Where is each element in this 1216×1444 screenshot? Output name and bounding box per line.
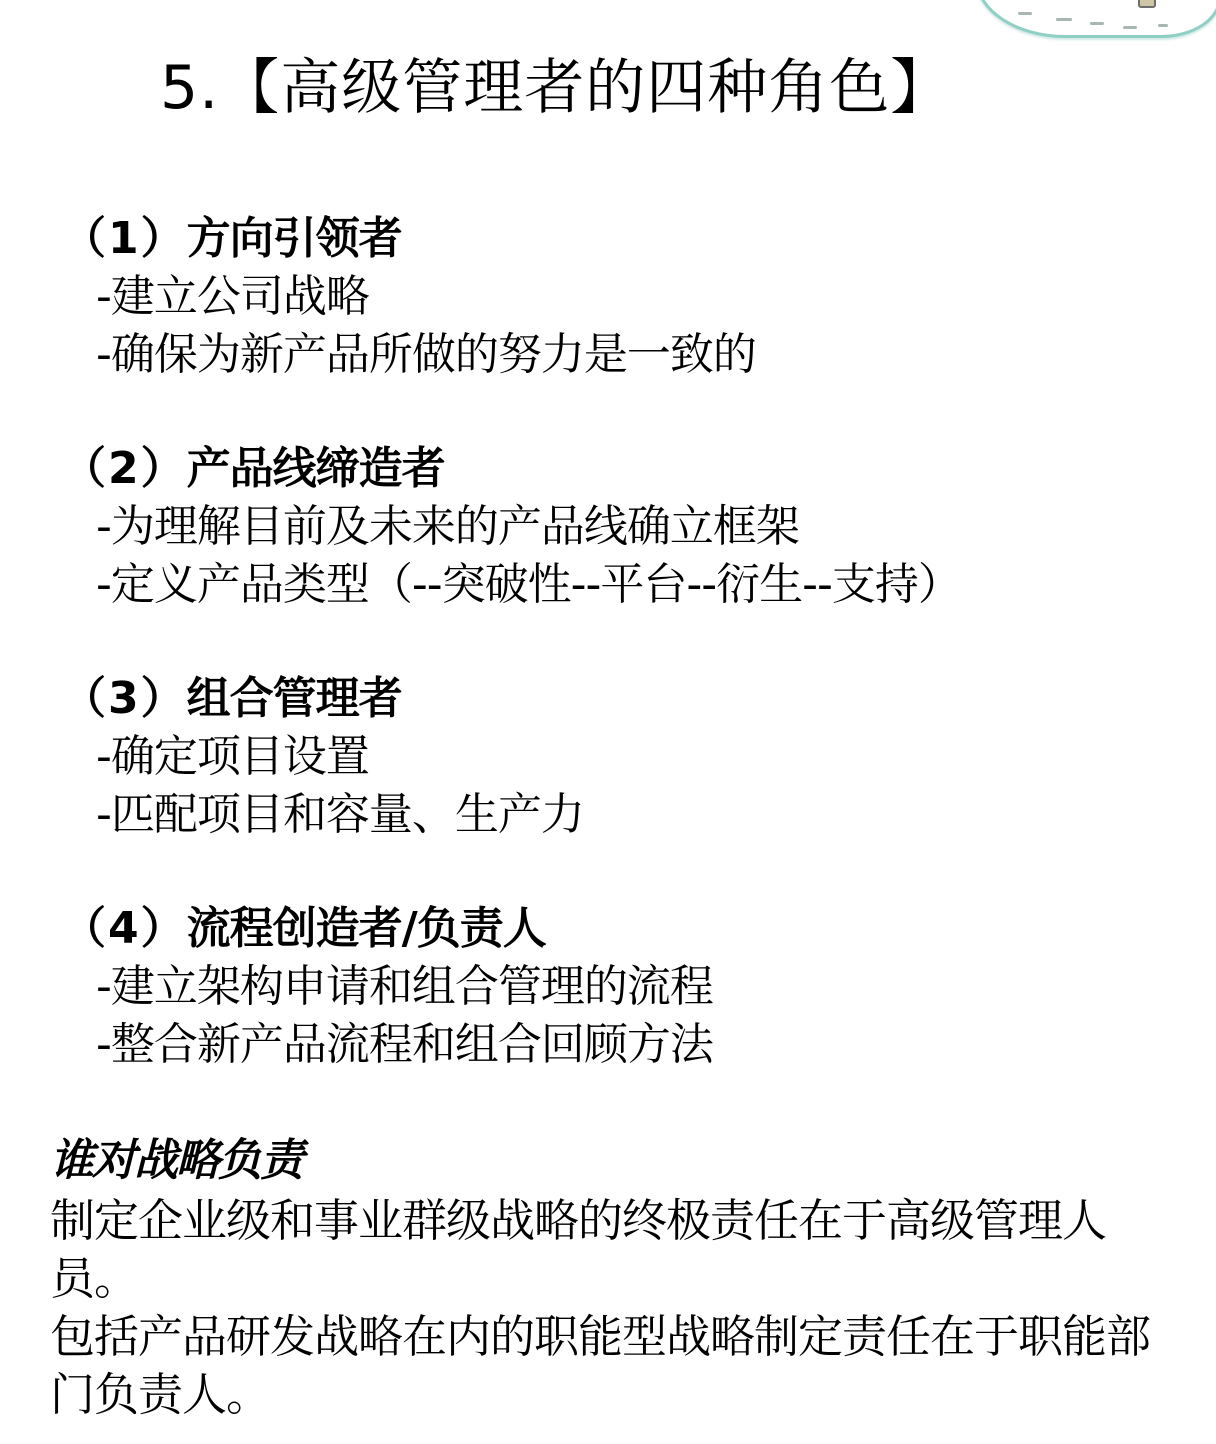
role-item: -匹配项目和容量、生产力 bbox=[62, 786, 584, 844]
decorative-dash bbox=[1123, 26, 1137, 29]
role-number: （3） bbox=[62, 673, 187, 724]
role-title: 组合管理者 bbox=[187, 673, 402, 724]
page-title: 5.【高级管理者的四种角色】 bbox=[160, 52, 951, 124]
role-item: -建立公司战略 bbox=[62, 268, 756, 326]
role-title: 流程创造者/负责人 bbox=[187, 903, 546, 954]
role-item: -建立架构申请和组合管理的流程 bbox=[62, 958, 713, 1016]
role-heading: （3）组合管理者 bbox=[62, 670, 584, 728]
decorative-dash bbox=[1158, 24, 1168, 27]
role-heading: （2）产品线缔造者 bbox=[62, 440, 961, 498]
role-number: （1） bbox=[62, 213, 187, 264]
responsibility-section: 谁对战略负责 制定企业级和事业群级战略的终极责任在于高级管理人员。 包括产品研发… bbox=[50, 1130, 1180, 1424]
role-section-2: （2）产品线缔造者 -为理解目前及未来的产品线确立框架 -定义产品类型（--突破… bbox=[62, 440, 961, 614]
role-item: -确定项目设置 bbox=[62, 728, 584, 786]
role-section-4: （4）流程创造者/负责人 -建立架构申请和组合管理的流程 -整合新产品流程和组合… bbox=[62, 900, 713, 1074]
role-item: -整合新产品流程和组合回顾方法 bbox=[62, 1016, 713, 1074]
decorative-knob bbox=[1138, 0, 1156, 8]
role-title: 产品线缔造者 bbox=[187, 443, 445, 494]
responsibility-heading: 谁对战略负责 bbox=[50, 1130, 1180, 1192]
role-title: 方向引领者 bbox=[187, 213, 402, 264]
role-item: -为理解目前及未来的产品线确立框架 bbox=[62, 498, 961, 556]
role-heading: （1）方向引领者 bbox=[62, 210, 756, 268]
role-item: -确保为新产品所做的努力是一致的 bbox=[62, 326, 756, 384]
role-section-1: （1）方向引领者 -建立公司战略 -确保为新产品所做的努力是一致的 bbox=[62, 210, 756, 384]
responsibility-paragraph: 制定企业级和事业群级战略的终极责任在于高级管理人员。 bbox=[50, 1192, 1180, 1308]
role-item: -定义产品类型（--突破性--平台--衍生--支持） bbox=[62, 556, 961, 614]
role-heading: （4）流程创造者/负责人 bbox=[62, 900, 713, 958]
role-section-3: （3）组合管理者 -确定项目设置 -匹配项目和容量、生产力 bbox=[62, 670, 584, 844]
decorative-cartoon-frame bbox=[975, 0, 1216, 38]
decorative-dash bbox=[1018, 12, 1032, 15]
role-number: （2） bbox=[62, 443, 187, 494]
decorative-dash bbox=[1056, 18, 1072, 21]
role-number: （4） bbox=[62, 903, 187, 954]
decorative-dash bbox=[1090, 22, 1104, 25]
responsibility-paragraph: 包括产品研发战略在内的职能型战略制定责任在于职能部门负责人。 bbox=[50, 1308, 1180, 1424]
